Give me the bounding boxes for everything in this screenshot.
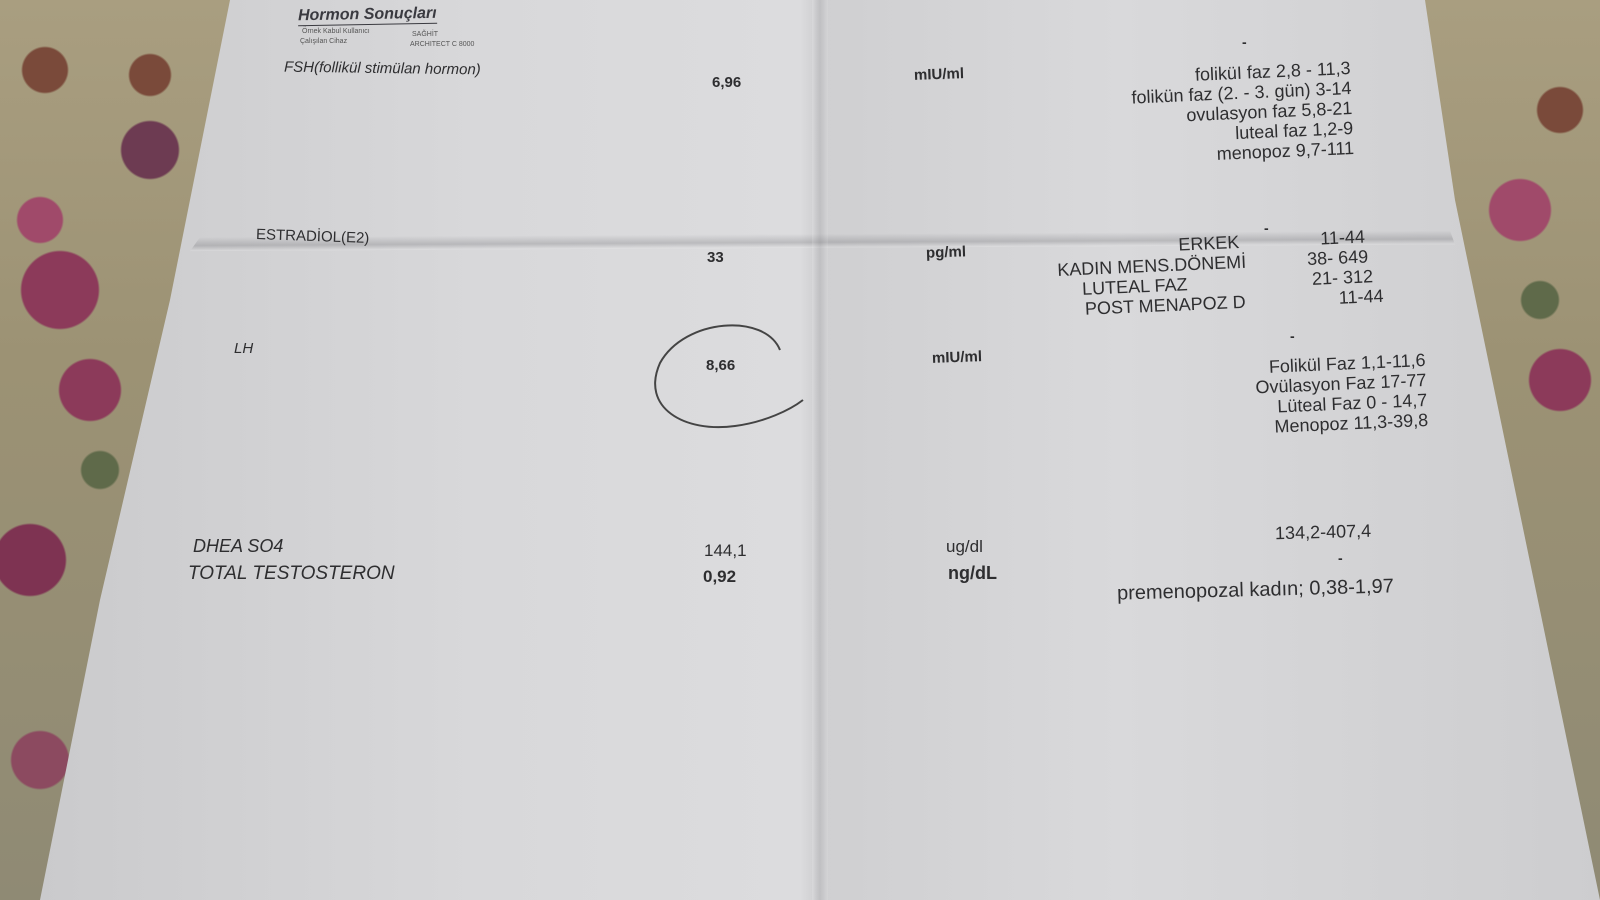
vertical-fold-crease [812,0,828,900]
reference-range: 11-44 [1320,227,1366,249]
ref-marker-total-testosteron: - [1338,550,1343,566]
ref-marker-lh: - [1290,328,1295,344]
reference-label: ERKEK [1178,232,1240,255]
ref-marker-fsh: - [1242,34,1247,50]
test-value-estradiol: 33 [707,249,724,266]
reference-range: 38- 649 [1307,246,1369,269]
test-name-total-testosteron: TOTAL TESTOSTERON [188,563,395,585]
test-unit-estradiol: pg/ml [926,243,967,261]
hand-drawn-circle-annotation [645,318,815,438]
reference-ranges-estradiol: ERKEK11-44 KADIN MENS.DÖNEMİ38- 649 LUTE… [1056,232,1248,320]
test-unit-fsh: mIU/ml [914,65,965,84]
test-value-lh: 8,66 [706,357,735,374]
device-value: ARCHITECT C 8000 [410,41,474,48]
test-value-dhea-so4: 144,1 [704,541,747,561]
test-value-total-testosteron: 0,92 [703,567,736,587]
test-value-fsh: 6,96 [712,74,741,91]
reference-range: 11-44 [1338,286,1384,308]
reference-range-dhea-so4: 134,2-407,4 [1275,521,1372,544]
paper-sheet [0,0,1600,900]
sample-receiver-label: Örnek Kabul Kullanıcı [302,28,370,35]
test-unit-lh: mIU/ml [932,348,983,367]
ref-marker-estradiol: - [1264,220,1269,236]
test-name-dhea-so4: DHEA SO4 [193,536,283,557]
sample-receiver-value: SAĞHİT [412,31,438,38]
test-name-lh: LH [234,340,253,357]
test-unit-dhea-so4: ug/dl [946,537,983,557]
reference-ranges-fsh: foliküI faz 2,8 - 11,3 folikün faz (2. -… [1130,58,1354,168]
reference-ranges-lh: Folikül Faz 1,1-11,6 Ovülasyon Faz 17-77… [1254,350,1428,437]
reference-range: 21- 312 [1312,266,1374,289]
document-title: Hormon Sonuçları [298,5,437,26]
device-label: Çalışılan Cihaz [300,38,347,45]
test-name-fsh: FSH(follikül stimülan hormon) [284,59,481,79]
test-unit-total-testosteron: ng/dL [948,563,997,584]
